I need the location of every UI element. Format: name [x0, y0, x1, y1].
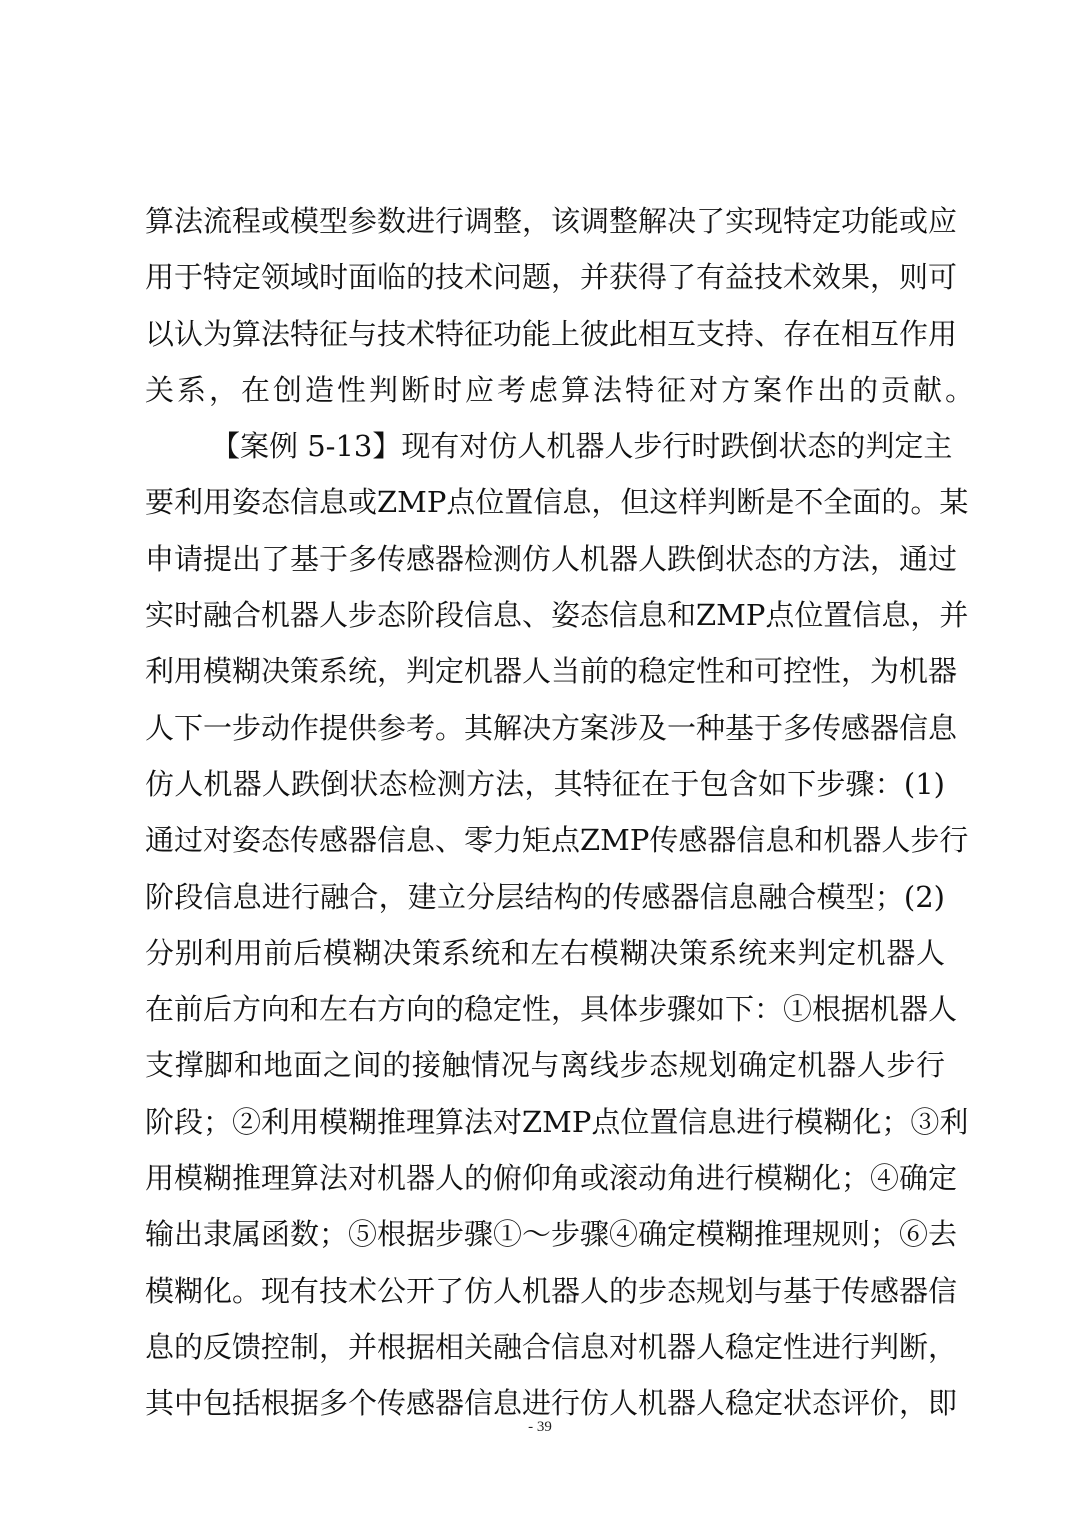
text-line: 用于特定领域时面临的技术问题，并获得了有益技术效果，则可: [145, 249, 945, 305]
document-page: 算法流程或模型参数进行调整，该调整解决了实现特定功能或应 用于特定领域时面临的技…: [0, 0, 1080, 1527]
text-line: 人下一步动作提供参考。其解决方案涉及一种基于多传感器信息: [145, 700, 945, 756]
text-line: 支撑脚和地面之间的接触情况与离线步态规划确定机器人步行: [145, 1037, 945, 1093]
text-line: 用模糊推理算法对机器人的俯仰角或滚动角进行模糊化；④确定: [145, 1150, 945, 1206]
body-text: 算法流程或模型参数进行调整，该调整解决了实现特定功能或应 用于特定领域时面临的技…: [145, 193, 945, 1432]
text-line: 输出隶属函数；⑤根据步骤①～步骤④确定模糊推理规则；⑥去: [145, 1206, 945, 1262]
text-line: 算法流程或模型参数进行调整，该调整解决了实现特定功能或应: [145, 193, 945, 249]
text-line: 分别利用前后模糊决策系统和左右模糊决策系统来判定机器人: [145, 925, 945, 981]
text-line: 阶段；②利用模糊推理算法对ZMP点位置信息进行模糊化；③利: [145, 1094, 945, 1150]
text-line: 仿人机器人跌倒状态检测方法，其特征在于包含如下步骤：(1): [145, 756, 945, 812]
text-line: 以认为算法特征与技术特征功能上彼此相互支持、存在相互作用: [145, 306, 945, 362]
page-number: - 39: [0, 1419, 1080, 1436]
text-line: 阶段信息进行融合，建立分层结构的传感器信息融合模型；(2): [145, 869, 945, 925]
text-line: 息的反馈控制，并根据相关融合信息对机器人稳定性进行判断，: [145, 1319, 945, 1375]
text-line: 要利用姿态信息或ZMP点位置信息，但这样判断是不全面的。某: [145, 474, 945, 530]
text-line: 通过对姿态传感器信息、零力矩点ZMP传感器信息和机器人步行: [145, 812, 945, 868]
text-line: 关系，在创造性判断时应考虑算法特征对方案作出的贡献。: [145, 362, 945, 418]
case-heading-line: 【案例 5-13】现有对仿人机器人步行时跌倒状态的判定主: [145, 418, 945, 474]
text-line: 利用模糊决策系统，判定机器人当前的稳定性和可控性，为机器: [145, 643, 945, 699]
text-line: 申请提出了基于多传感器检测仿人机器人跌倒状态的方法，通过: [145, 531, 945, 587]
text-line: 在前后方向和左右方向的稳定性，具体步骤如下：①根据机器人: [145, 981, 945, 1037]
text-line: 模糊化。现有技术公开了仿人机器人的步态规划与基于传感器信: [145, 1263, 945, 1319]
text-line: 实时融合机器人步态阶段信息、姿态信息和ZMP点位置信息，并: [145, 587, 945, 643]
